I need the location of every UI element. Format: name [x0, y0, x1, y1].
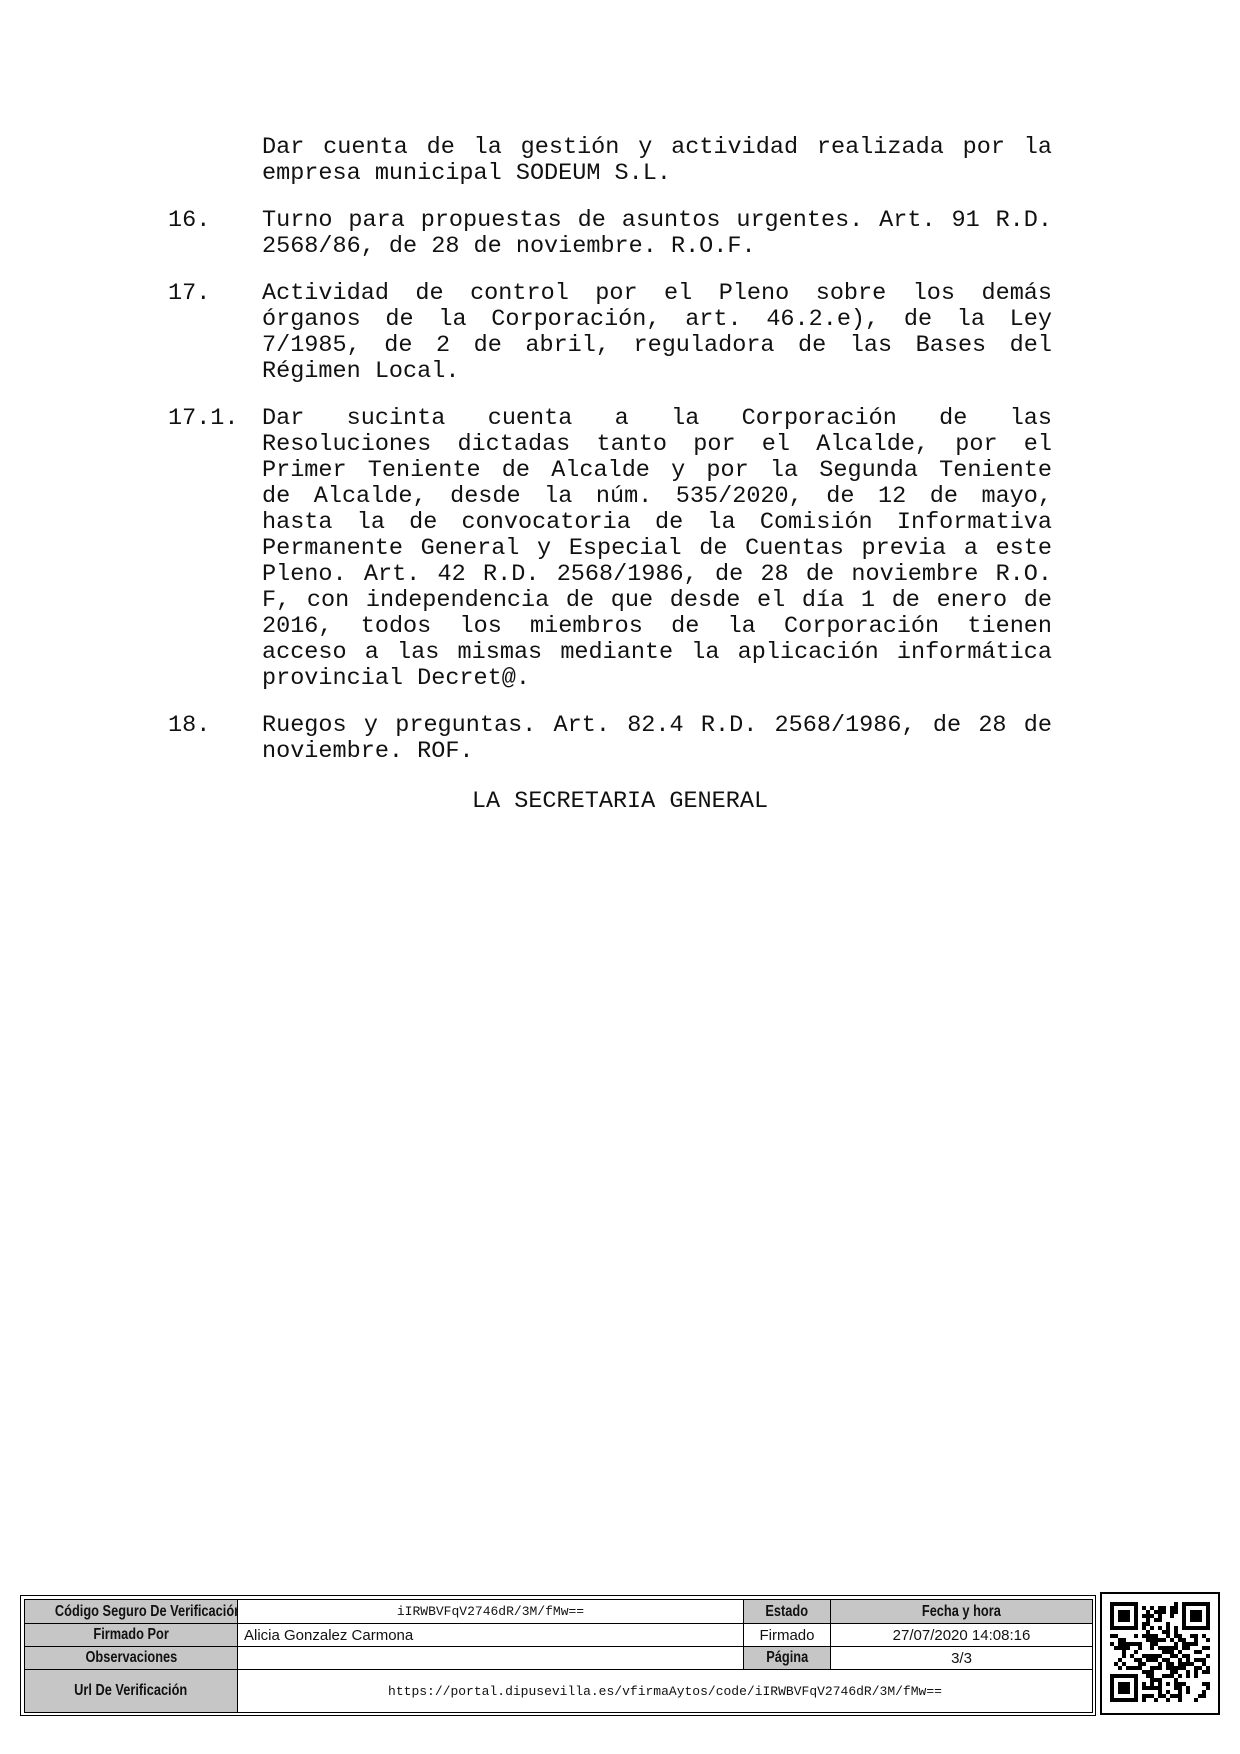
document-line: órganos de la Corporación, art. 46.2.e),…: [262, 307, 1052, 333]
document-line: acceso a las mismas mediante la aplicaci…: [262, 640, 1052, 666]
firmado-por-label: Firmado Por: [93, 1626, 168, 1644]
observaciones-label: Observaciones: [85, 1649, 177, 1667]
item-number: 17.: [168, 281, 262, 385]
document-item: 18.Ruegos y preguntas. Art. 82.4 R.D. 25…: [168, 713, 1052, 765]
csv-value: iIRWBVFqV2746dR/3M/fMw==: [238, 1600, 744, 1624]
qr-box: [1100, 1592, 1220, 1715]
document-line: Dar sucinta cuenta a la Corporación de l…: [262, 406, 1052, 432]
csv-label: Código Seguro De Verificación:: [55, 1603, 238, 1621]
item-body: Actividad de control por el Pleno sobre …: [262, 281, 1052, 385]
item-body: Turno para propuestas de asuntos urgente…: [262, 208, 1052, 260]
document-line: Primer Teniente de Alcalde y por la Segu…: [262, 458, 1052, 484]
document-line: Permanente General y Especial de Cuentas…: [262, 536, 1052, 562]
estado-header: Estado: [766, 1603, 809, 1621]
firmado-por-value: Alicia Gonzalez Carmona: [238, 1624, 744, 1647]
observaciones-value: [238, 1647, 744, 1670]
document-line: 2568/86, de 28 de noviembre. R.O.F.: [262, 234, 1052, 260]
item-body: Ruegos y preguntas. Art. 82.4 R.D. 2568/…: [262, 713, 1052, 765]
document-line: 7/1985, de 2 de abril, reguladora de las…: [262, 333, 1052, 359]
signature-title: LA SECRETARIA GENERAL: [0, 789, 1240, 815]
url-verificacion-value: https://portal.dipusevilla.es/vfirmaAyto…: [238, 1670, 1093, 1713]
document-line: noviembre. ROF.: [262, 739, 1052, 765]
qr-code-icon: [1110, 1602, 1210, 1702]
url-verificacion-label: Url De Verificación: [74, 1682, 187, 1700]
document-item: Dar cuenta de la gestión y actividad rea…: [168, 135, 1052, 187]
verification-table: Código Seguro De Verificación: iIRWBVFqV…: [24, 1599, 1093, 1713]
document-line: hasta la de convocatoria de la Comisión …: [262, 510, 1052, 536]
document-line: de Alcalde, desde la núm. 535/2020, de 1…: [262, 484, 1052, 510]
document-items: Dar cuenta de la gestión y actividad rea…: [168, 135, 1052, 786]
document-line: Turno para propuestas de asuntos urgente…: [262, 208, 1052, 234]
document-item: 17.1.Dar sucinta cuenta a la Corporación…: [168, 406, 1052, 692]
fecha-hora-header: Fecha y hora: [922, 1603, 1001, 1621]
item-number: [168, 135, 262, 187]
verification-footer: Código Seguro De Verificación: iIRWBVFqV…: [20, 1595, 1096, 1716]
item-number: 17.1.: [168, 406, 262, 692]
document-line: Pleno. Art. 42 R.D. 2568/1986, de 28 de …: [262, 562, 1052, 588]
estado-value: Firmado: [744, 1624, 831, 1647]
document-line: Ruegos y preguntas. Art. 82.4 R.D. 2568/…: [262, 713, 1052, 739]
document-line: F, con independencia de que desde el día…: [262, 588, 1052, 614]
document-line: Régimen Local.: [262, 359, 1052, 385]
document-page: Dar cuenta de la gestión y actividad rea…: [0, 0, 1240, 1754]
item-number: 16.: [168, 208, 262, 260]
document-item: 16.Turno para propuestas de asuntos urge…: [168, 208, 1052, 260]
document-line: Actividad de control por el Pleno sobre …: [262, 281, 1052, 307]
document-line: empresa municipal SODEUM S.L.: [262, 161, 1052, 187]
pagina-header: Página: [766, 1649, 808, 1667]
item-body: Dar sucinta cuenta a la Corporación de l…: [262, 406, 1052, 692]
document-line: 2016, todos los miembros de la Corporaci…: [262, 614, 1052, 640]
item-number: 18.: [168, 713, 262, 765]
document-line: Resoluciones dictadas tanto por el Alcal…: [262, 432, 1052, 458]
document-item: 17.Actividad de control por el Pleno sob…: [168, 281, 1052, 385]
document-line: provincial Decret@.: [262, 666, 1052, 692]
document-line: Dar cuenta de la gestión y actividad rea…: [262, 135, 1052, 161]
fecha-hora-value: 27/07/2020 14:08:16: [831, 1624, 1093, 1647]
pagina-value: 3/3: [831, 1647, 1093, 1670]
item-body: Dar cuenta de la gestión y actividad rea…: [262, 135, 1052, 187]
